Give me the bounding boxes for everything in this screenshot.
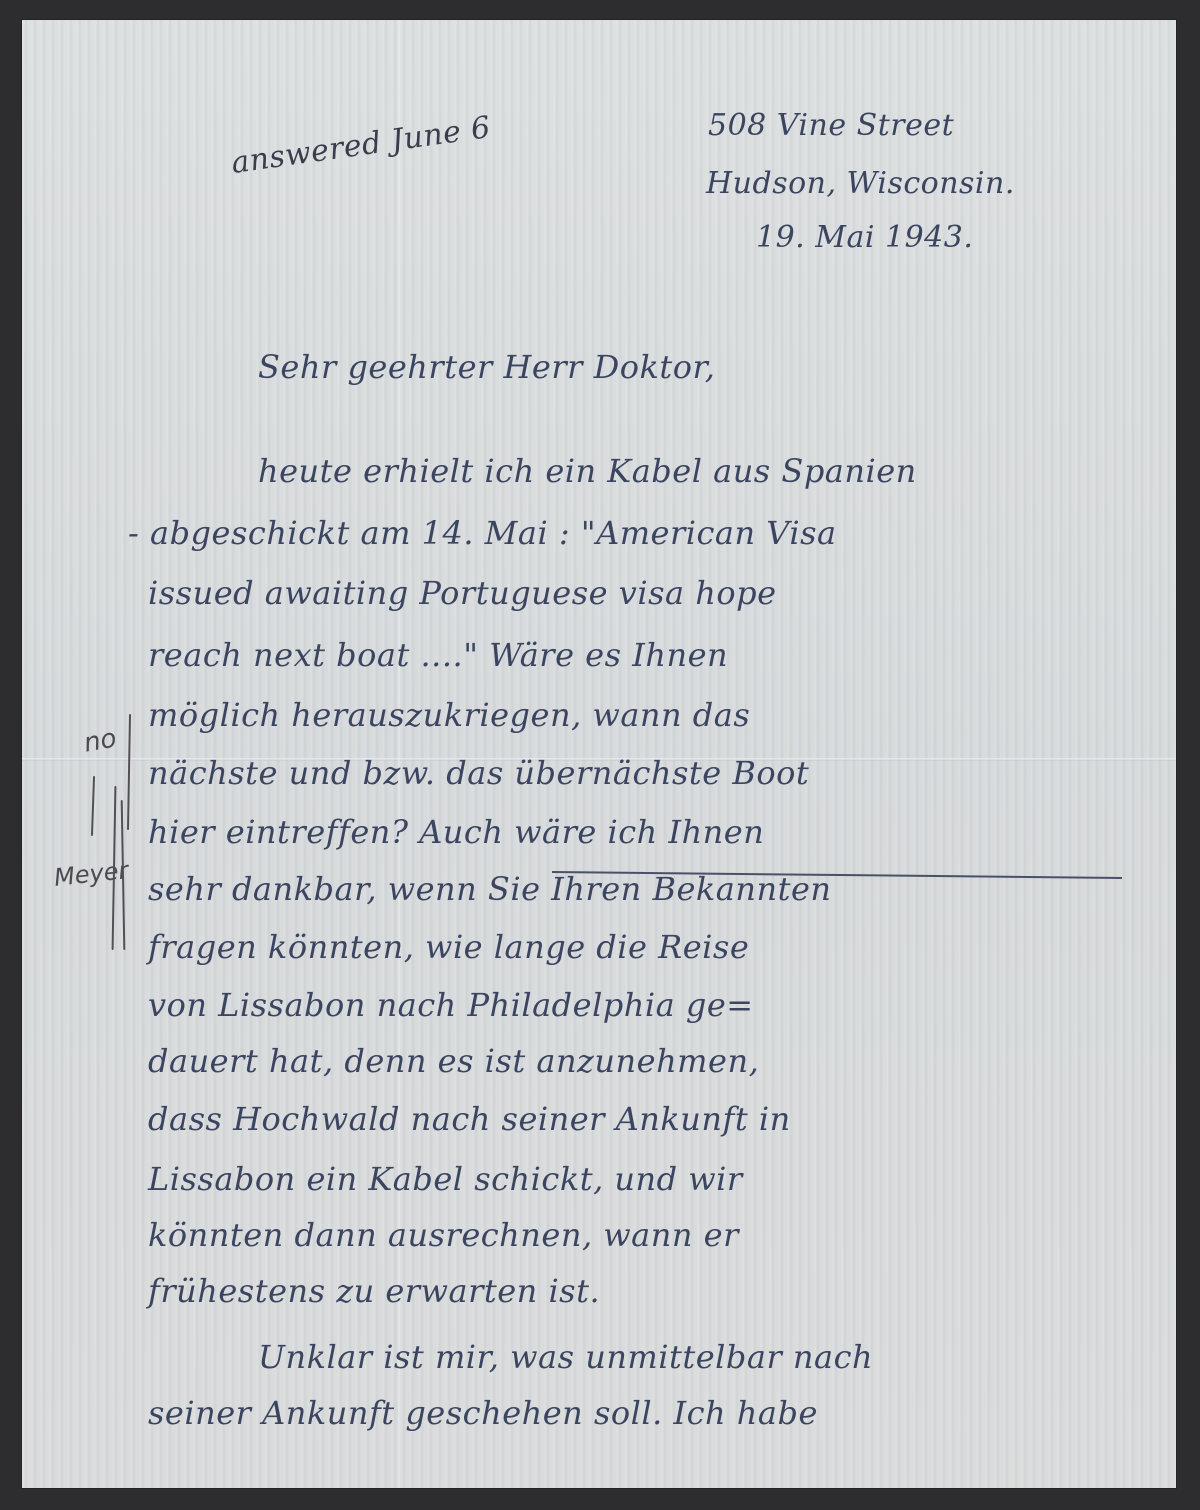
address-street: 508 Vine Street xyxy=(708,108,954,143)
body-line: - abgeschickt am 14. Mai : "American Vis… xyxy=(128,514,837,552)
body-line: hier eintreffen? Auch wäre ich Ihnen xyxy=(148,813,764,851)
body-line: reach next boat ...." Wäre es Ihnen xyxy=(148,636,728,674)
body-line: Unklar ist mir, was unmittelbar nach xyxy=(258,1338,873,1376)
pencil-margin-line xyxy=(127,714,131,830)
body-line: issued awaiting Portuguese visa hope xyxy=(148,574,777,612)
answered-annotation: answered June 6 xyxy=(229,110,493,181)
margin-note-no: no xyxy=(82,723,119,758)
body-line: von Lissabon nach Philadelphia ge= xyxy=(148,986,754,1024)
body-line: dauert hat, denn es ist anzunehmen, xyxy=(148,1042,759,1080)
address-city: Hudson, Wisconsin. xyxy=(706,166,1015,201)
letter-page: answered June 6 508 Vine Street Hudson, … xyxy=(22,20,1176,1488)
body-line: seiner Ankunft geschehen soll. Ich habe xyxy=(148,1394,818,1432)
body-line: Lissabon ein Kabel schickt, und wir xyxy=(148,1160,743,1198)
body-line: dass Hochwald nach seiner Ankunft in xyxy=(148,1100,791,1138)
salutation: Sehr geehrter Herr Doktor, xyxy=(258,348,715,386)
body-line: möglich herauszukriegen, wann das xyxy=(148,696,750,734)
body-line: heute erhielt ich ein Kabel aus Spanien xyxy=(258,452,917,490)
body-line: frühestens zu erwarten ist. xyxy=(148,1272,600,1310)
body-line: nächste und bzw. das übernächste Boot xyxy=(148,754,809,792)
body-line: fragen könnten, wie lange die Reise xyxy=(148,928,749,966)
pencil-margin-line xyxy=(91,776,95,836)
margin-note-meyer: Meyer xyxy=(53,856,130,892)
body-line: sehr dankbar, wenn Sie Ihren Bekannten xyxy=(148,870,831,908)
body-line: könnten dann ausrechnen, wann er xyxy=(148,1216,739,1254)
letter-date: 19. Mai 1943. xyxy=(756,220,973,255)
